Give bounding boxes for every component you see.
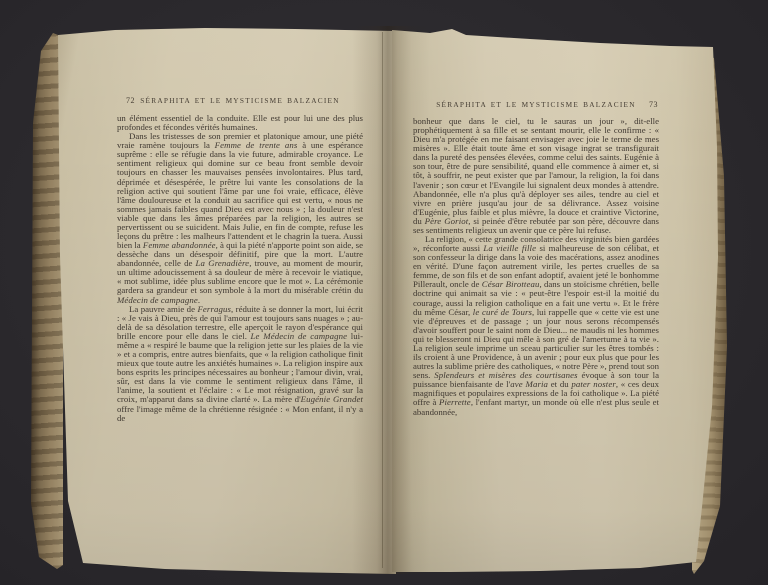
left-page-header: 72 SÉRAPHITA ET LE MYSTICISME BALZACIEN [117,96,363,108]
right-running-header: SÉRAPHITA ET LE MYSTICISME BALZACIEN [413,100,659,109]
right-page: SÉRAPHITA ET LE MYSTICISME BALZACIEN 73 … [390,27,728,575]
right-folio-number: 73 [649,100,658,109]
photo-background: 72 SÉRAPHITA ET LE MYSTICISME BALZACIEN … [0,0,768,585]
right-page-header: SÉRAPHITA ET LE MYSTICISME BALZACIEN 73 [413,100,659,112]
right-page-text: bonheur que dans le ciel, tu le sauras u… [413,117,659,417]
paragraph: un élément essentiel de la conduite. Ell… [117,114,363,132]
left-page-text: un élément essentiel de la conduite. Ell… [117,114,363,423]
paragraph: Dans les tristesses de son premier et pl… [117,132,363,304]
left-page: 72 SÉRAPHITA ET LE MYSTICISME BALZACIEN … [55,26,396,574]
left-running-header: SÉRAPHITA ET LE MYSTICISME BALZACIEN [117,96,363,105]
paragraph: La religion, « cette grande consolatrice… [413,235,659,417]
paragraph: La pauvre amie de Ferragus, réduite à se… [117,305,363,423]
paragraph: bonheur que dans le ciel, tu le sauras u… [413,117,659,235]
left-page-stack-edge [31,33,63,569]
